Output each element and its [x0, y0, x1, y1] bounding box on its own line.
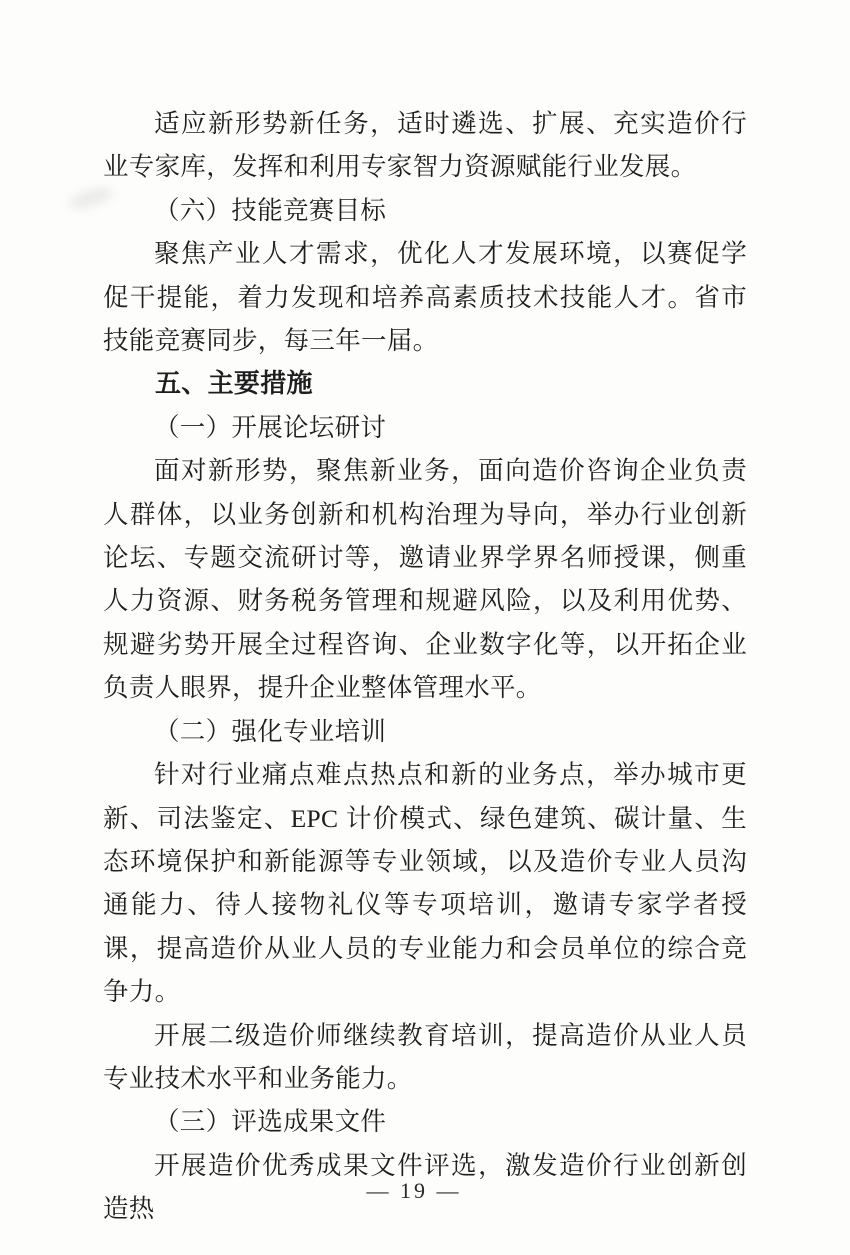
section-heading: 五、主要措施 [103, 362, 747, 405]
body-paragraph: 聚焦产业人才需求，优化人才发展环境，以赛促学促干提能，着力发现和培养高素质技术技… [103, 232, 747, 362]
subsection-heading: （三）评选成果文件 [103, 1100, 747, 1143]
subsection-heading: （六）技能竞赛目标 [103, 189, 747, 232]
subsection-heading: （一）开展论坛研讨 [103, 406, 747, 449]
document-body: 适应新形势新任务，适时遴选、扩展、充实造价行业专家库，发挥和利用专家智力资源赋能… [103, 102, 747, 1231]
body-paragraph: 适应新形势新任务，适时遴选、扩展、充实造价行业专家库，发挥和利用专家智力资源赋能… [103, 102, 747, 189]
body-paragraph: 面对新形势，聚焦新业务，面向造价咨询企业负责人群体，以业务创新和机构治理为导向，… [103, 449, 747, 709]
body-paragraph: 针对行业痛点难点热点和新的业务点，举办城市更新、司法鉴定、EPC 计价模式、绿色… [103, 753, 747, 1013]
subsection-heading: （二）强化专业培训 [103, 710, 747, 753]
document-page: 适应新形势新任务，适时遴选、扩展、充实造价行业专家库，发挥和利用专家智力资源赋能… [0, 0, 850, 1255]
page-number: — 19 — [0, 1178, 839, 1204]
body-paragraph: 开展二级造价师继续教育培训，提高造价从业人员专业技术水平和业务能力。 [103, 1014, 747, 1101]
